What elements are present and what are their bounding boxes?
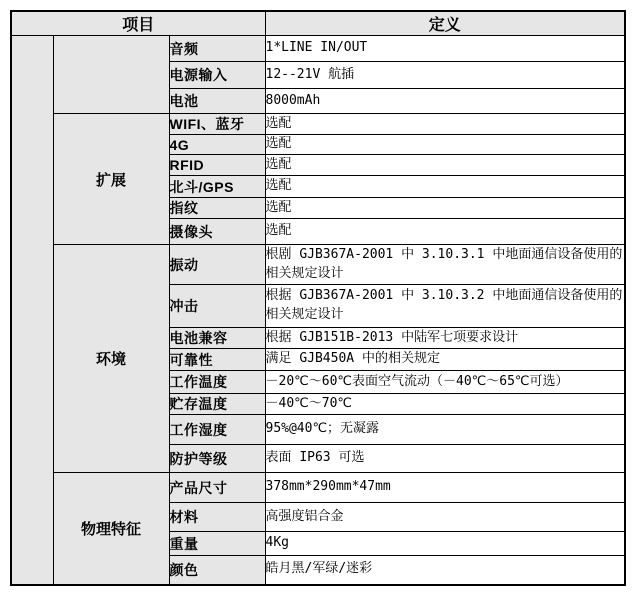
header-row: 项目 定义 [11, 11, 625, 36]
header-item-column: 项目 [11, 11, 265, 36]
value-cell: 选配 [265, 176, 625, 198]
item-cell: 冲击 [169, 285, 265, 328]
value-cell: 1*LINE IN/OUT [265, 36, 625, 62]
item-cell: 北斗/GPS [169, 176, 265, 198]
value-cell: 选配 [265, 198, 625, 219]
item-cell: 电源输入 [169, 62, 265, 89]
group-cell: 环境 [53, 245, 169, 473]
item-cell: 电池兼容 [169, 328, 265, 349]
item-cell: 材料 [169, 503, 265, 532]
value-cell: 表面 IP63 可选 [265, 445, 625, 473]
item-cell: 可靠性 [169, 349, 265, 371]
item-cell: 振动 [169, 245, 265, 285]
item-cell: 重量 [169, 532, 265, 556]
group-cell: 扩展 [53, 114, 169, 245]
value-cell: 根据 GJB151B-2013 中陆军七项要求设计 [265, 328, 625, 349]
value-cell: 根据 GJB367A-2001 中 3.10.3.2 中地面通信设备使用的相关规… [265, 285, 625, 328]
table-row: 环境 振动 根剧 GJB367A-2001 中 3.10.3.1 中地面通信设备… [11, 245, 625, 285]
item-cell: 摄像头 [169, 219, 265, 245]
value-cell: －20℃～60℃表面空气流动（－40℃～65℃可选） [265, 371, 625, 394]
value-cell: 高强度铝合金 [265, 503, 625, 532]
value-cell: 8000mAh [265, 89, 625, 114]
value-cell: 选配 [265, 114, 625, 135]
item-cell: 音频 [169, 36, 265, 62]
value-cell: 12--21V 航插 [265, 62, 625, 89]
left-spacer-cell [11, 36, 53, 585]
item-cell: 工作温度 [169, 371, 265, 394]
item-cell: 产品尺寸 [169, 473, 265, 503]
table-row: 扩展 WIFI、蓝牙 选配 [11, 114, 625, 135]
group-cell: 物理特征 [53, 473, 169, 585]
group-cell [53, 36, 169, 114]
value-cell: 选配 [265, 135, 625, 155]
value-cell: 选配 [265, 219, 625, 245]
value-cell: 选配 [265, 155, 625, 176]
item-cell: 电池 [169, 89, 265, 114]
spec-table: 项目 定义 音频 1*LINE IN/OUT 电源输入 12--21V 航插 电… [10, 10, 626, 586]
value-cell: －40℃～70℃ [265, 394, 625, 415]
item-cell: 贮存温度 [169, 394, 265, 415]
table-row: 物理特征 产品尺寸 378mm*290mm*47mm [11, 473, 625, 503]
value-cell: 根剧 GJB367A-2001 中 3.10.3.1 中地面通信设备使用的相关规… [265, 245, 625, 285]
item-cell: 指纹 [169, 198, 265, 219]
value-cell: 378mm*290mm*47mm [265, 473, 625, 503]
value-cell: 皓月黑/军绿/迷彩 [265, 556, 625, 585]
item-cell: 4G [169, 135, 265, 155]
item-cell: WIFI、蓝牙 [169, 114, 265, 135]
item-cell: 防护等级 [169, 445, 265, 473]
value-cell: 4Kg [265, 532, 625, 556]
header-definition-column: 定义 [265, 11, 625, 36]
item-cell: RFID [169, 155, 265, 176]
value-cell: 满足 GJB450A 中的相关规定 [265, 349, 625, 371]
value-cell: 95%@40℃；无凝露 [265, 415, 625, 445]
table-row: 音频 1*LINE IN/OUT [11, 36, 625, 62]
item-cell: 颜色 [169, 556, 265, 585]
item-cell: 工作湿度 [169, 415, 265, 445]
